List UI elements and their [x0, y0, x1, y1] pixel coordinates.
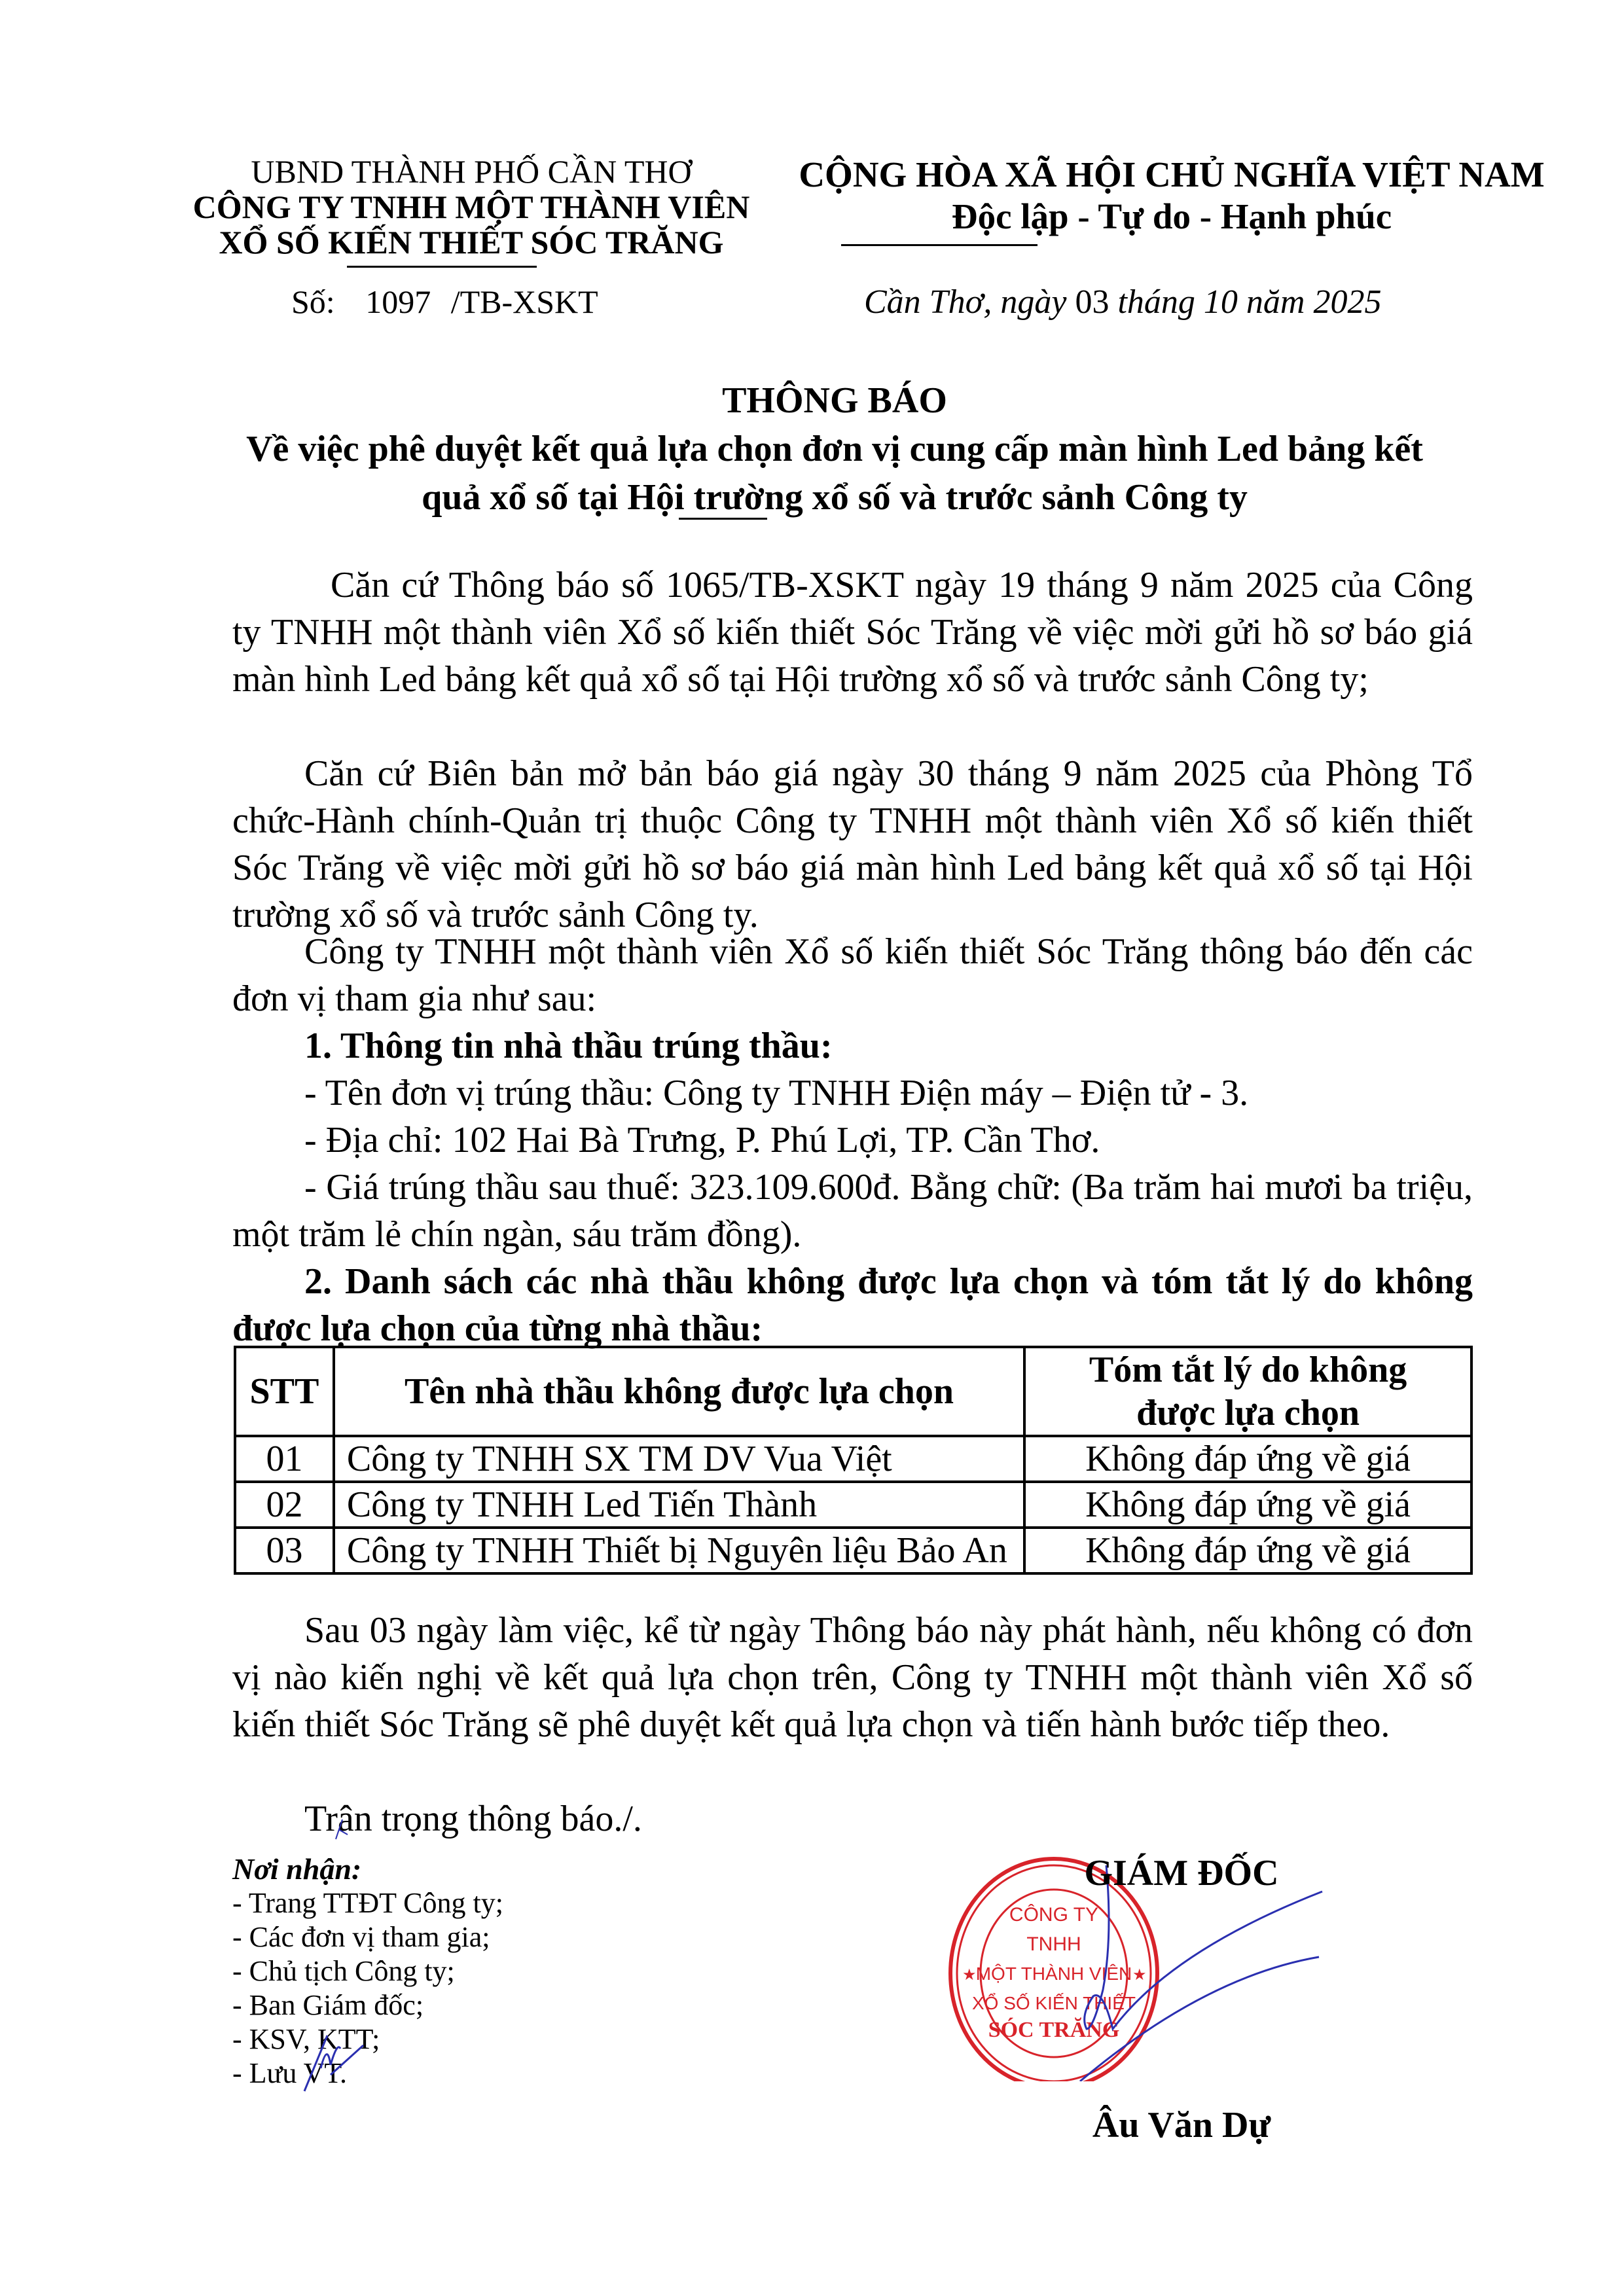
header-stt: STT: [235, 1347, 334, 1436]
date-day: 03: [1075, 283, 1109, 321]
number-value: 1097: [365, 283, 431, 320]
winner-name: - Tên đơn vị trúng thầu: Công ty TNHH Đi…: [232, 1069, 1473, 1117]
table-header-row: STT Tên nhà thầu không được lựa chọn Tóm…: [235, 1347, 1471, 1436]
number-suffix: /TB-XSKT: [451, 283, 598, 320]
recipients-block: Nơi nhận: - Trang TTĐT Công ty; - Các đơ…: [232, 1852, 503, 2090]
title-underline: [679, 518, 767, 520]
winner-price: - Giá trúng thầu sau thuế: 323.109.600đ.…: [232, 1164, 1473, 1258]
recipient-item: - KSV, KTT;: [232, 2022, 503, 2056]
section2-heading: 2. Danh sách các nhà thầu không được lựa…: [232, 1258, 1473, 1352]
paragraph-basis-2: Căn cứ Biên bản mở bản báo giá ngày 30 t…: [232, 750, 1473, 939]
issuer-block: UBND THÀNH PHỐ CẦN THƠ CÔNG TY TNHH MỘT …: [170, 154, 772, 260]
date-prefix: Cần Thơ, ngày: [864, 283, 1066, 321]
recipient-item: - Các đơn vị tham gia;: [232, 1920, 503, 1954]
row-stt: 01: [235, 1436, 334, 1482]
paragraph-basis-1: Căn cứ Thông báo số 1065/TB-XSKT ngày 19…: [232, 562, 1473, 703]
signatory-name: Âu Văn Dự: [1074, 2104, 1290, 2146]
document-title: THÔNG BÁO: [196, 376, 1473, 425]
closing-paragraph: Sau 03 ngày làm việc, kể từ ngày Thông b…: [232, 1607, 1473, 1748]
table-row: 02 Công ty TNHH Led Tiến Thành Không đáp…: [235, 1482, 1471, 1528]
initials-signature-icon: [301, 2029, 367, 2094]
svg-text:★: ★: [962, 1965, 977, 1984]
recipients-heading: Nơi nhận:: [232, 1852, 503, 1886]
row-bidder-name: Công ty TNHH Thiết bị Nguyên liệu Bảo An: [334, 1528, 1024, 1573]
issuer-company-line1: CÔNG TY TNHH MỘT THÀNH VIÊN: [170, 189, 772, 224]
recipient-item: - Trang TTĐT Công ty;: [232, 1886, 503, 1920]
document-date: Cần Thơ, ngày 03 tháng 10 năm 2025: [864, 283, 1381, 321]
row-bidder-name: Công ty TNHH SX TM DV Vua Việt: [334, 1436, 1024, 1482]
recipient-item: - Chủ tịch Công ty;: [232, 1954, 503, 1988]
national-title: CỘNG HÒA XÃ HỘI CHỦ NGHĨA VIỆT NAM: [759, 154, 1584, 196]
row-reason: Không đáp ứng về giá: [1024, 1436, 1471, 1482]
document-subject-line2: quả xổ số tại Hội trường xổ số và trước …: [196, 473, 1473, 522]
document-title-block: THÔNG BÁO Về việc phê duyệt kết quả lựa …: [196, 376, 1473, 522]
number-label: Số:: [291, 283, 335, 320]
issuer-company-line2: XỔ SỐ KIẾN THIẾT SÓC TRĂNG: [170, 224, 772, 260]
date-suffix: tháng 10 năm 2025: [1117, 283, 1381, 321]
winner-address: - Địa chỉ: 102 Hai Bà Trưng, P. Phú Lợi,…: [232, 1117, 1473, 1164]
issuer-underline: [347, 266, 537, 268]
row-bidder-name: Công ty TNHH Led Tiến Thành: [334, 1482, 1024, 1528]
document-subject-line1: Về việc phê duyệt kết quả lựa chọn đơn v…: [196, 425, 1473, 473]
rejected-bidders-table: STT Tên nhà thầu không được lựa chọn Tóm…: [234, 1346, 1473, 1575]
recipient-item: - Ban Giám đốc;: [232, 1988, 503, 2022]
table-row: 01 Công ty TNHH SX TM DV Vua Việt Không …: [235, 1436, 1471, 1482]
row-stt: 03: [235, 1528, 334, 1573]
issuer-parent: UBND THÀNH PHỐ CẦN THƠ: [170, 154, 772, 189]
row-reason: Không đáp ứng về giá: [1024, 1528, 1471, 1573]
header-bidder-name: Tên nhà thầu không được lựa chọn: [334, 1347, 1024, 1436]
recipient-item: - Lưu VT.: [232, 2056, 503, 2090]
document-number: Số: 1097 /TB-XSKT: [291, 283, 598, 321]
paragraph-announcement: Công ty TNHH một thành viên Xổ số kiến t…: [232, 928, 1473, 1022]
closing-regards: Trân trọng thông báo./.: [232, 1795, 1473, 1842]
national-motto-block: CỘNG HÒA XÃ HỘI CHỦ NGHĨA VIỆT NAM Độc l…: [759, 154, 1584, 238]
motto-underline: [841, 244, 1038, 246]
national-motto: Độc lập - Tự do - Hạnh phúc: [759, 196, 1584, 238]
initial-mark-icon: [331, 1816, 350, 1842]
row-stt: 02: [235, 1482, 334, 1528]
row-reason: Không đáp ứng về giá: [1024, 1482, 1471, 1528]
signatory-title: GIÁM ĐỐC: [1074, 1852, 1290, 1894]
header-reason: Tóm tắt lý do không được lựa chọn: [1024, 1347, 1471, 1436]
section1-heading: 1. Thông tin nhà thầu trúng thầu:: [232, 1022, 1473, 1069]
table-row: 03 Công ty TNHH Thiết bị Nguyên liệu Bảo…: [235, 1528, 1471, 1573]
